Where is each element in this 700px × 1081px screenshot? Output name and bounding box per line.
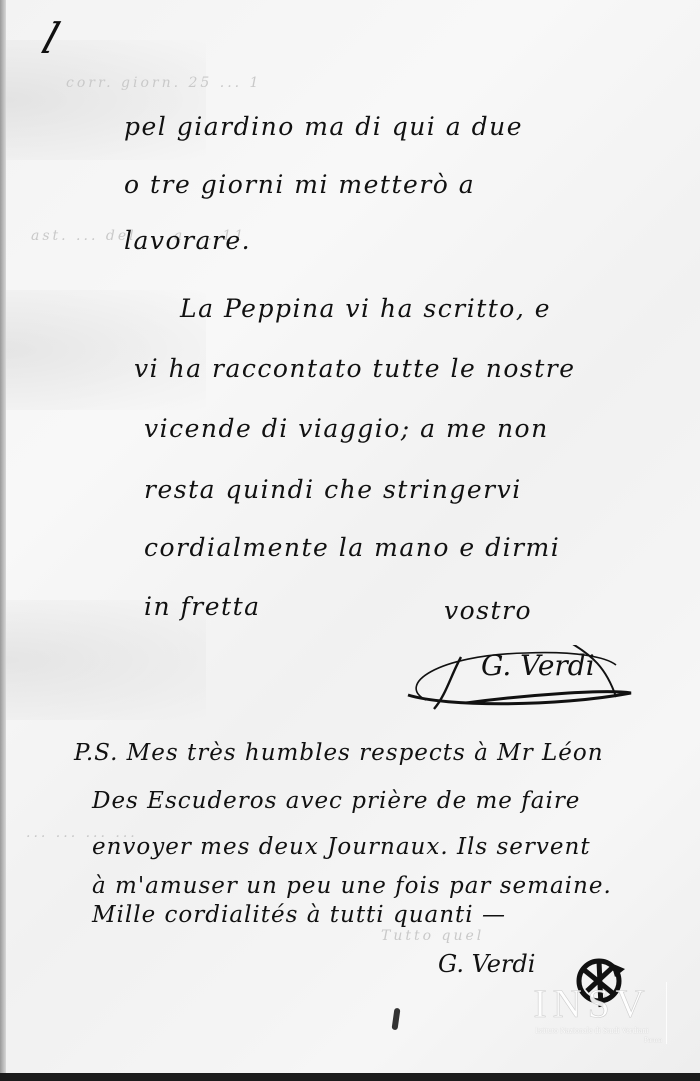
- postscript-line: Des Escuderos avec prière de me faire: [92, 788, 580, 814]
- letter-line: vicende di viaggio; a me non: [144, 414, 549, 443]
- signature: G. Verdi: [406, 645, 636, 710]
- ink-blot: [391, 1008, 400, 1031]
- watermark-institution: Istituto Nazionale di Studi Verdiani: [518, 1026, 666, 1035]
- signature-name: G. Verdi: [481, 649, 595, 682]
- bleed-through-text: corr. giorn. 25 ... 1: [66, 75, 261, 91]
- postscript-initials: G. Verdi: [438, 950, 535, 978]
- paper-shadow: [6, 290, 206, 410]
- postscript-line: envoyer mes deux Journaux. Ils servent: [92, 834, 591, 860]
- letter-line: La Peppina vi ha scritto, e: [180, 294, 551, 323]
- manuscript-page: l corr. giorn. 25 ... 1 ast. ... del ...…: [6, 0, 700, 1073]
- letter-line: pel giardino ma di qui a due: [124, 112, 523, 141]
- letter-closing: vostro: [444, 596, 532, 625]
- watermark-city: Parma: [644, 1036, 662, 1044]
- postscript-line: Mille cordialités à tutti quanti —: [92, 902, 506, 928]
- bleed-through-text: Tutto quel: [381, 928, 484, 944]
- letter-line: vi ha raccontato tutte le nostre: [134, 354, 576, 383]
- letter-line: lavorare.: [124, 226, 251, 255]
- postscript-line: à m'amuser un peu une fois par semaine.: [92, 873, 612, 899]
- letter-line: cordialmente la mano e dirmi: [144, 533, 560, 562]
- letter-line: resta quindi che stringervi: [144, 475, 522, 504]
- letter-line: o tre giorni mi metterò a: [124, 170, 475, 199]
- postscript-line: P.S. Mes très humbles respects à Mr Léon: [74, 740, 604, 766]
- paper-shadow: [6, 40, 206, 160]
- letter-line: in fretta: [144, 592, 261, 621]
- archive-watermark: INSV Istituto Nazionale di Studi Verdian…: [518, 982, 667, 1044]
- watermark-letters: INSV: [518, 982, 666, 1026]
- page-bottom-edge: [0, 1073, 700, 1081]
